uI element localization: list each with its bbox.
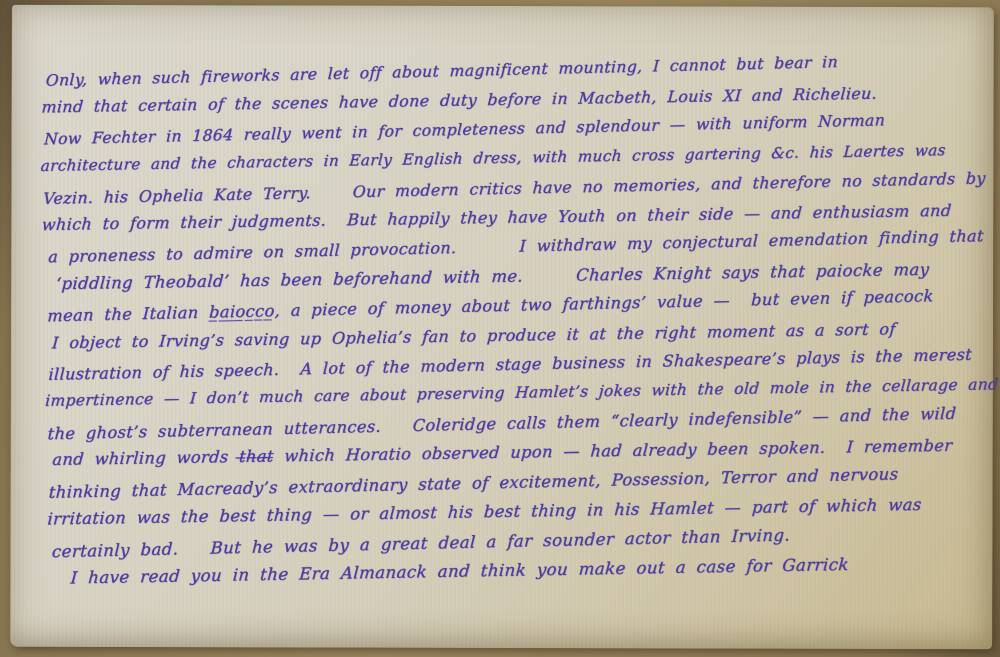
photo-background: Only, when such fireworks are let off ab… bbox=[0, 0, 1000, 657]
letter-page: Only, when such fireworks are let off ab… bbox=[10, 5, 994, 650]
handwritten-text: Only, when such fireworks are let off ab… bbox=[39, 47, 998, 594]
